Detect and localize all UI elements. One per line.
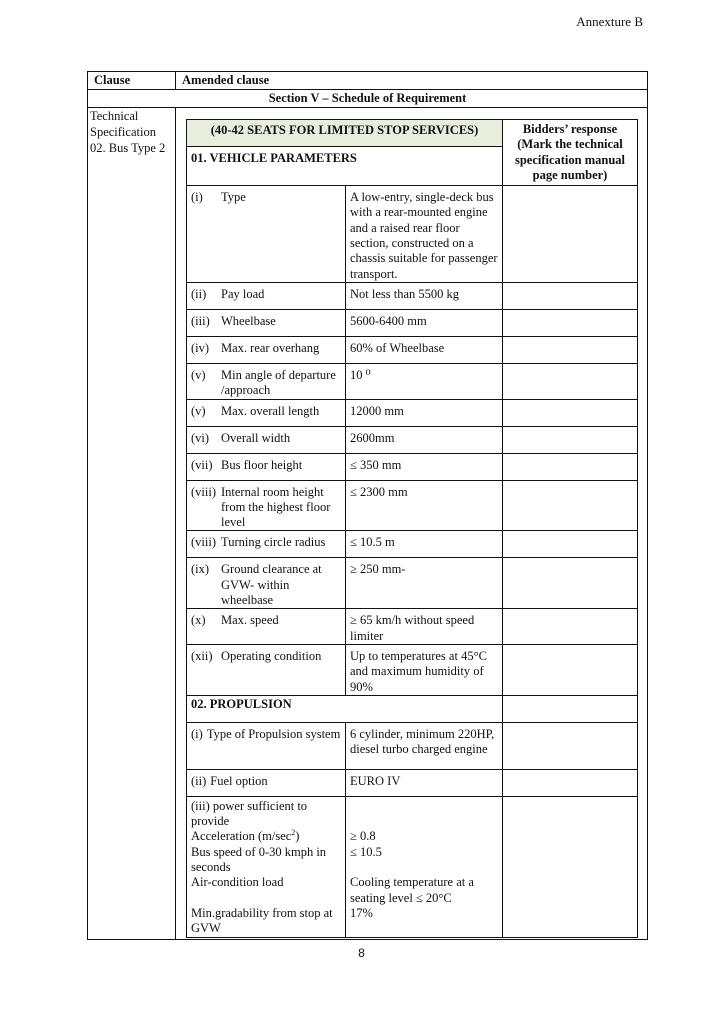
- spec-item-number: (x): [191, 613, 221, 628]
- spec-row: (viii)Turning circle radius≤ 10.5 m: [187, 531, 638, 558]
- spec-parameter-label: Operating condition: [221, 649, 321, 664]
- spec-parameter: (ii)Pay load: [187, 282, 346, 309]
- bidder-response-cell[interactable]: [503, 531, 638, 558]
- spec-parameter: (iv)Max. rear overhang: [187, 336, 346, 363]
- spec-item-number: (iv): [191, 341, 221, 356]
- spec-parameter: (v)Min angle of departure /approach: [187, 363, 346, 399]
- spec-row: (ii)Fuel optionEURO IV: [187, 769, 638, 796]
- spec-value: ≤ 10.5 m: [346, 531, 503, 558]
- spec-parameter: (iii)Wheelbase: [187, 309, 346, 336]
- spec-row: (ii)Pay loadNot less than 5500 kg: [187, 282, 638, 309]
- spec-value: EURO IV: [346, 769, 503, 796]
- spec-item-number: (vii): [191, 458, 221, 473]
- bidder-response-cell[interactable]: [503, 558, 638, 609]
- spec-value: 60% of Wheelbase: [346, 336, 503, 363]
- spec-parameter: (xii)Operating condition: [187, 644, 346, 695]
- spec-item-number: (i): [191, 190, 221, 205]
- spec-item-number: (iii): [191, 314, 221, 329]
- speed-label: Bus speed of 0-30 kmph in seconds: [191, 845, 341, 876]
- ac-label: Air-condition load: [191, 875, 341, 906]
- spec-item-number: (ix): [191, 562, 221, 608]
- spec-title: (40-42 SEATS FOR LIMITED STOP SERVICES): [187, 120, 503, 147]
- spec-parameter-label: Ground clearance at GVW- within wheelbas…: [221, 562, 341, 608]
- spec-item-number: (xii): [191, 649, 221, 664]
- bidder-response-cell[interactable]: [503, 186, 638, 283]
- section-title: Section V – Schedule of Requirement: [269, 91, 467, 105]
- spec-row: (i)Type of Propulsion system6 cylinder, …: [187, 722, 638, 769]
- bidder-response-cell[interactable]: [503, 336, 638, 363]
- spec-item-number: (i): [191, 727, 203, 741]
- amendment-table: Clause Amended clause Section V – Schedu…: [87, 71, 648, 940]
- spec-parameter-label: Fuel option: [210, 774, 267, 788]
- spec-value: 6 cylinder, minimum 220HP, diesel turbo …: [346, 722, 503, 769]
- clause-column-header: Clause: [88, 72, 176, 89]
- bidder-response-cell[interactable]: [503, 769, 638, 796]
- bidder-response-cell[interactable]: [503, 453, 638, 480]
- spec-value: ≥ 65 km/h without speed limiter: [346, 609, 503, 645]
- spec-item-number: (vi): [191, 431, 221, 446]
- spec-parameter-label: Type: [221, 190, 246, 205]
- spec-parameter-label: Max. overall length: [221, 404, 319, 419]
- bidder-response-cell[interactable]: [503, 363, 638, 399]
- spec-item-number: (v): [191, 368, 221, 399]
- bidder-response-cell[interactable]: [503, 480, 638, 531]
- spec-value: ≤ 350 mm: [346, 453, 503, 480]
- spec-row: (iv)Max. rear overhang60% of Wheelbase: [187, 336, 638, 363]
- spec-item-number: (viii): [191, 485, 221, 531]
- spec-parameter: (x)Max. speed: [187, 609, 346, 645]
- spec-parameter: (v)Max. overall length: [187, 399, 346, 426]
- spec-row: (iii)Wheelbase5600-6400 mm: [187, 309, 638, 336]
- spec-parameter-label: Type of Propulsion system: [207, 727, 341, 741]
- spec-row: (viii)Internal room height from the high…: [187, 480, 638, 531]
- spec-value: ≤ 2300 mm: [346, 480, 503, 531]
- spec-parameter: (i)Type of Propulsion system: [187, 722, 346, 769]
- spec-row: (ix)Ground clearance at GVW- within whee…: [187, 558, 638, 609]
- bidder-response-cell[interactable]: [503, 609, 638, 645]
- spec-value: ≥ 0.8 ≤ 10.5 Cooling temperature at a se…: [346, 796, 503, 937]
- spec-parameter-label: Turning circle radius: [221, 535, 325, 550]
- amendment-table-header: Clause Amended clause: [88, 72, 647, 90]
- spec-value: ≥ 250 mm-: [346, 558, 503, 609]
- spec-item-number: (ii): [191, 774, 206, 788]
- spec-parameter: (i)Type: [187, 186, 346, 283]
- spec-parameter-label: Max. speed: [221, 613, 279, 628]
- spec-value: Up to temperatures at 45°C and maximum h…: [346, 644, 503, 695]
- spec-value: 5600-6400 mm: [346, 309, 503, 336]
- acceleration-value: ≥ 0.8: [350, 829, 498, 844]
- spec-parameter: (vii)Bus floor height: [187, 453, 346, 480]
- speed-value: ≤ 10.5: [350, 845, 498, 876]
- power-intro: (iii) power sufficient to provide: [191, 799, 341, 830]
- spec-parameter: (viii)Turning circle radius: [187, 531, 346, 558]
- spec-parameter-label: Pay load: [221, 287, 264, 302]
- spec-value: A low-entry, single-deck bus with a rear…: [346, 186, 503, 283]
- spec-value: Not less than 5500 kg: [346, 282, 503, 309]
- spec-row-power: (iii) power sufficient to provide Accele…: [187, 796, 638, 937]
- spec-row: (v)Min angle of departure /approach10 ⁰: [187, 363, 638, 399]
- spec-row: (x)Max. speed≥ 65 km/h without speed lim…: [187, 609, 638, 645]
- spec-item-number: (ii): [191, 287, 221, 302]
- annexure-label: Annexture B: [576, 14, 643, 29]
- specification-table: (40-42 SEATS FOR LIMITED STOP SERVICES) …: [186, 119, 638, 938]
- section-title-row: Section V – Schedule of Requirement: [88, 90, 647, 108]
- spec-row: (vii)Bus floor height≤ 350 mm: [187, 453, 638, 480]
- spec-item-number: (v): [191, 404, 221, 419]
- gradability-label: Min.gradability from stop at GVW: [191, 906, 341, 937]
- spec-row: (vi)Overall width2600mm: [187, 426, 638, 453]
- section-heading-propulsion: 02. PROPULSION: [187, 695, 503, 722]
- spec-row: (v)Max. overall length12000 mm: [187, 399, 638, 426]
- spec-parameter-label: Overall width: [221, 431, 290, 446]
- clause-reference: Technical Specification 02. Bus Type 2: [88, 108, 176, 939]
- spec-title-row: (40-42 SEATS FOR LIMITED STOP SERVICES) …: [187, 120, 638, 147]
- spec-row: (xii)Operating conditionUp to temperatur…: [187, 644, 638, 695]
- spec-parameter: (viii)Internal room height from the high…: [187, 480, 346, 531]
- page-number: 8: [0, 946, 723, 961]
- spec-parameter: (iii) power sufficient to provide Accele…: [187, 796, 346, 937]
- spec-parameter-label: Bus floor height: [221, 458, 302, 473]
- bidder-response-cell[interactable]: [503, 796, 638, 937]
- spec-parameter: (ii)Fuel option: [187, 769, 346, 796]
- spec-item-number: (viii): [191, 535, 221, 550]
- bidder-response-cell[interactable]: [503, 644, 638, 695]
- spec-parameter-label: Max. rear overhang: [221, 341, 319, 356]
- spec-parameter-label: Wheelbase: [221, 314, 276, 329]
- gradability-value: 17%: [350, 906, 498, 921]
- amended-clause-column-header: Amended clause: [182, 72, 269, 89]
- spec-row: (i)TypeA low-entry, single-deck bus with…: [187, 186, 638, 283]
- acceleration-label: Acceleration (m/sec2): [191, 829, 341, 844]
- spec-value: 2600mm: [346, 426, 503, 453]
- section-heading-row: 02. PROPULSION: [187, 695, 638, 722]
- spec-value: 12000 mm: [346, 399, 503, 426]
- bidder-response-cell: [503, 695, 638, 722]
- spec-parameter: (ix)Ground clearance at GVW- within whee…: [187, 558, 346, 609]
- bidder-response-cell[interactable]: [503, 722, 638, 769]
- bidder-response-cell[interactable]: [503, 282, 638, 309]
- bidder-response-cell[interactable]: [503, 309, 638, 336]
- bidder-response-cell[interactable]: [503, 399, 638, 426]
- bidders-response-header: Bidders’ response (Mark the technical sp…: [503, 120, 638, 186]
- section-heading-vehicle-parameters: 01. VEHICLE PARAMETERS: [187, 146, 503, 185]
- ac-value: Cooling temperature at a seating level ≤…: [350, 875, 498, 906]
- spec-parameter: (vi)Overall width: [187, 426, 346, 453]
- spec-parameter-label: Internal room height from the highest fl…: [221, 485, 341, 531]
- spec-parameter-label: Min angle of departure /approach: [221, 368, 341, 399]
- bidder-response-cell[interactable]: [503, 426, 638, 453]
- spec-value: 10 ⁰: [346, 363, 503, 399]
